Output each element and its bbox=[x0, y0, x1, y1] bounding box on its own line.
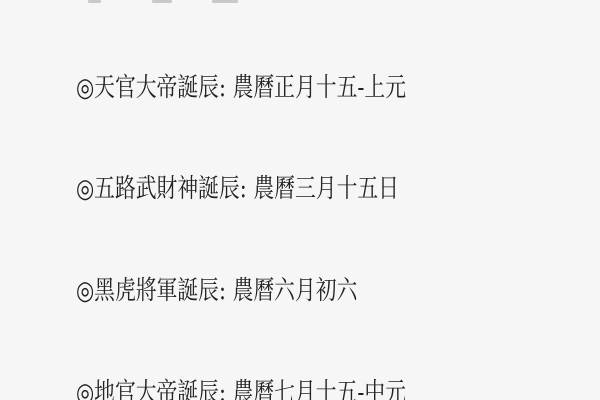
deity-birthday-line-wu-lu-wu-cai-shen: ◎五路武財神誕辰: 農曆三月十五日 bbox=[76, 174, 399, 204]
deity-birthday-list-page: ◎天官大帝誕辰: 農曆正月十五-上元 ◎五路武財神誕辰: 農曆三月十五日 ◎黑虎… bbox=[0, 0, 600, 400]
deity-birthday-line-di-guan-da-di: ◎地官大帝誕辰: 農曆七月十五-中元 bbox=[76, 378, 406, 400]
cutoff-text-remnant bbox=[88, 0, 101, 3]
deity-birthday-line-tian-guan-da-di: ◎天官大帝誕辰: 農曆正月十五-上元 bbox=[76, 73, 406, 103]
cutoff-text-remnant bbox=[212, 0, 238, 3]
cutoff-text-remnant bbox=[152, 0, 172, 3]
deity-birthday-line-hei-hu-jiang-jun: ◎黑虎將軍誕辰: 農曆六月初六 bbox=[76, 276, 357, 306]
